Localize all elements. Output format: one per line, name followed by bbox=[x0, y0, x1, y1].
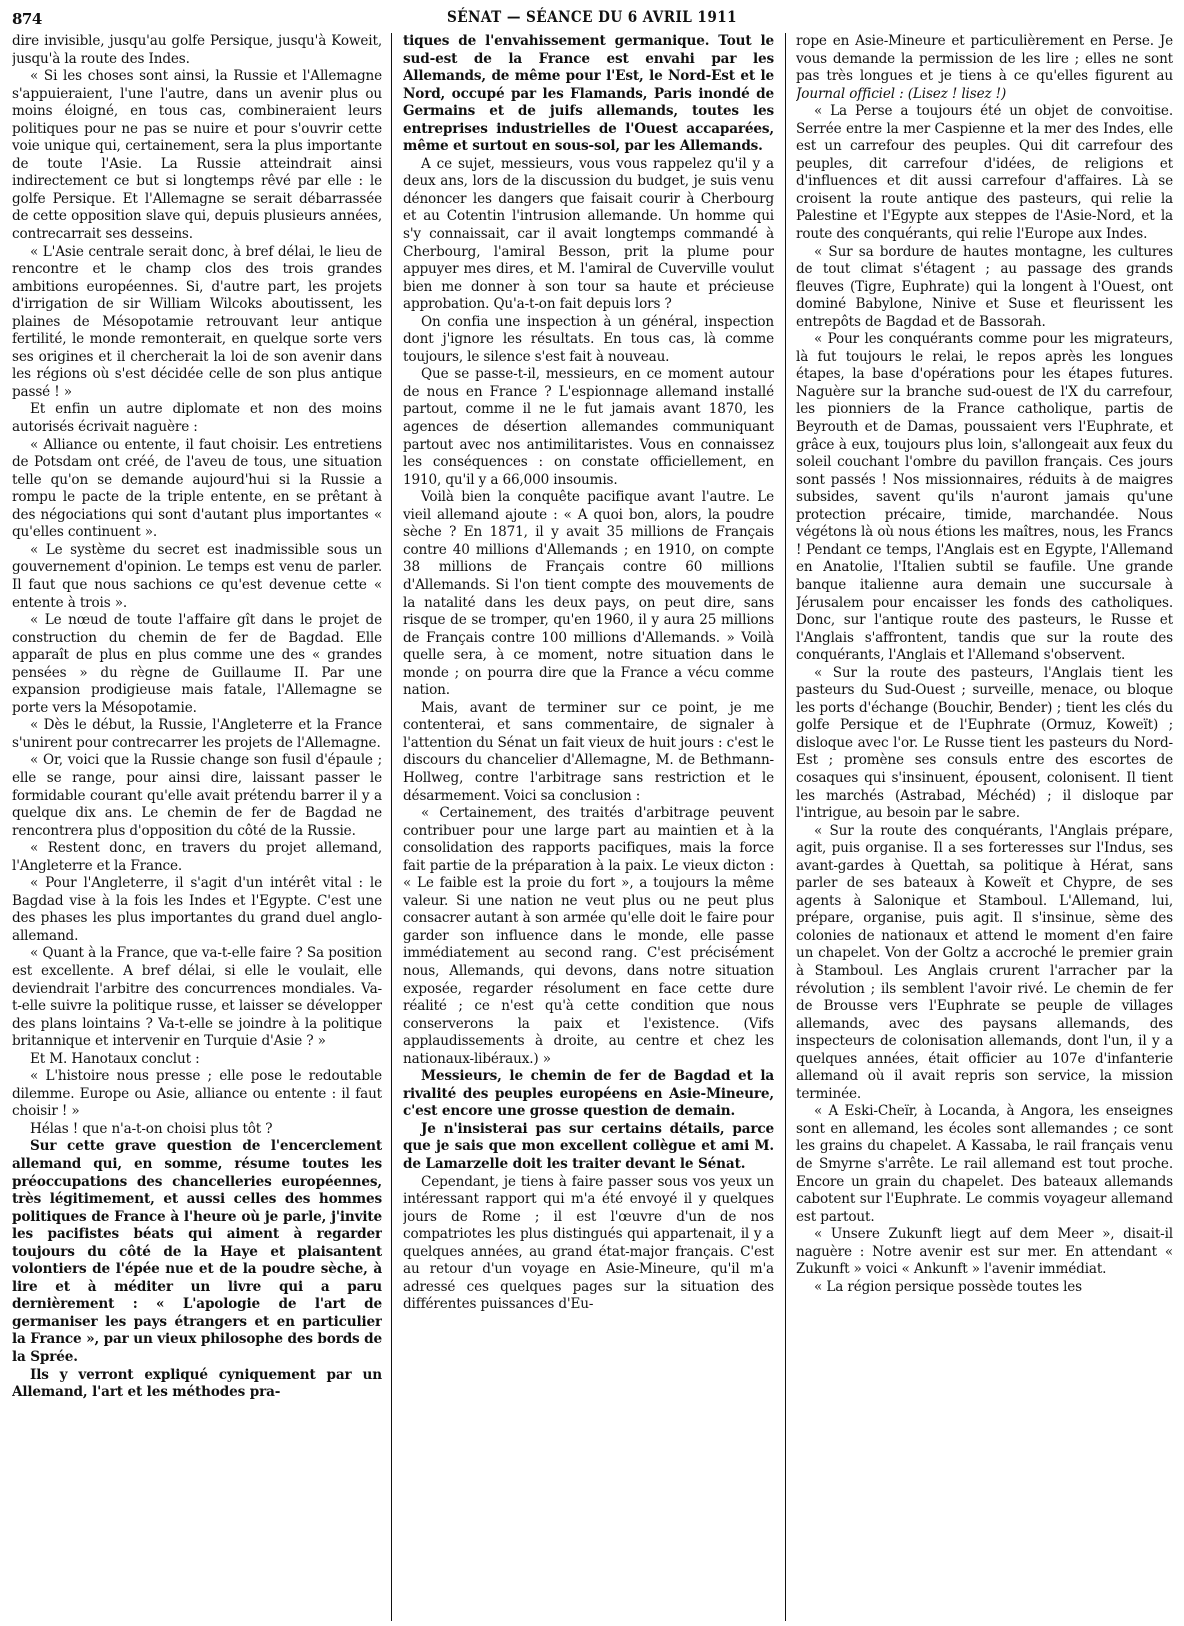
paragraph: « Le système du secret est inadmissible … bbox=[12, 542, 382, 612]
paragraph: « Le nœud de toute l'affaire gît dans le… bbox=[12, 612, 382, 717]
column-1: dire invisible, jusqu'au golfe Persique,… bbox=[12, 33, 382, 1623]
paragraph: Ils y verront expliqué cyniquement par u… bbox=[12, 1367, 382, 1402]
paragraph: Et enfin un autre diplomate et non des m… bbox=[12, 401, 382, 436]
page-number: 874 bbox=[12, 10, 42, 28]
paragraph: « Sur la route des conquérants, l'Anglai… bbox=[796, 823, 1173, 1104]
paragraph: « Alliance ou entente, il faut choisir. … bbox=[12, 437, 382, 542]
paragraph: dire invisible, jusqu'au golfe Persique,… bbox=[12, 33, 382, 68]
page-header: 874 SÉNAT — SÉANCE DU 6 AVRIL 1911 bbox=[0, 0, 1184, 32]
paragraph: Messieurs, le chemin de fer de Bagdad et… bbox=[403, 1068, 774, 1121]
paragraph: « L'Asie centrale serait donc, à bref dé… bbox=[12, 244, 382, 402]
paragraph: Hélas ! que n'a-t-on choisi plus tôt ? bbox=[12, 1121, 382, 1139]
newspaper-page: 874 SÉNAT — SÉANCE DU 6 AVRIL 1911 dire … bbox=[0, 0, 1184, 1626]
paragraph: « Or, voici que la Russie change son fus… bbox=[12, 752, 382, 840]
paragraph: « Si les choses sont ainsi, la Russie et… bbox=[12, 68, 382, 243]
paragraph: Et M. Hanotaux conclut : bbox=[12, 1051, 382, 1069]
paragraph: « Sur la route des pasteurs, l'Anglais t… bbox=[796, 665, 1173, 823]
paragraph: Cependant, je tiens à faire passer sous … bbox=[403, 1174, 774, 1314]
paragraph: On confia une inspection à un général, i… bbox=[403, 314, 774, 367]
paragraph: rope en Asie-Mineure et particulièrement… bbox=[796, 33, 1173, 103]
paragraph: Je n'insisterai pas sur certains détails… bbox=[403, 1121, 774, 1174]
paragraph: « Pour les conquérants comme pour les mi… bbox=[796, 331, 1173, 664]
column-divider bbox=[785, 33, 786, 1621]
paragraph: Sur cette grave question de l'encercleme… bbox=[12, 1138, 382, 1366]
paragraph: « Dès le début, la Russie, l'Angleterre … bbox=[12, 717, 382, 752]
column-2: tiques de l'envahissement germanique. To… bbox=[403, 33, 774, 1623]
column-divider bbox=[391, 33, 392, 1621]
paragraph: « Certainement, des traités d'arbitrage … bbox=[403, 805, 774, 1068]
italic-citation: Journal officiel : (Lisez ! lisez !) bbox=[796, 86, 1006, 102]
paragraph: Que se passe-t-il, messieurs, en ce mome… bbox=[403, 366, 774, 489]
paragraph: « La région persique possède toutes les bbox=[796, 1279, 1173, 1297]
paragraph: « Pour l'Angleterre, il s'agit d'un inté… bbox=[12, 875, 382, 945]
paragraph: A ce sujet, messieurs, vous vous rappele… bbox=[403, 156, 774, 314]
paragraph: « Restent donc, en travers du projet all… bbox=[12, 840, 382, 875]
paragraph-text: rope en Asie-Mineure et particulièrement… bbox=[796, 33, 1173, 84]
paragraph: Voilà bien la conquête pacifique avant l… bbox=[403, 489, 774, 700]
paragraph: « Unsere Zukunft liegt auf dem Meer », d… bbox=[796, 1226, 1173, 1279]
paragraph: Mais, avant de terminer sur ce point, je… bbox=[403, 700, 774, 805]
paragraph: « A Eski-Cheïr, à Locanda, à Angora, les… bbox=[796, 1103, 1173, 1226]
paragraph: « L'histoire nous presse ; elle pose le … bbox=[12, 1068, 382, 1121]
paragraph: tiques de l'envahissement germanique. To… bbox=[403, 33, 774, 156]
column-3: rope en Asie-Mineure et particulièrement… bbox=[796, 33, 1173, 1623]
paragraph: « La Perse a toujours été un objet de co… bbox=[796, 103, 1173, 243]
paragraph: « Sur sa bordure de hautes montagne, les… bbox=[796, 244, 1173, 332]
running-head: SÉNAT — SÉANCE DU 6 AVRIL 1911 bbox=[89, 7, 1095, 26]
paragraph: « Quant à la France, que va-t-elle faire… bbox=[12, 945, 382, 1050]
